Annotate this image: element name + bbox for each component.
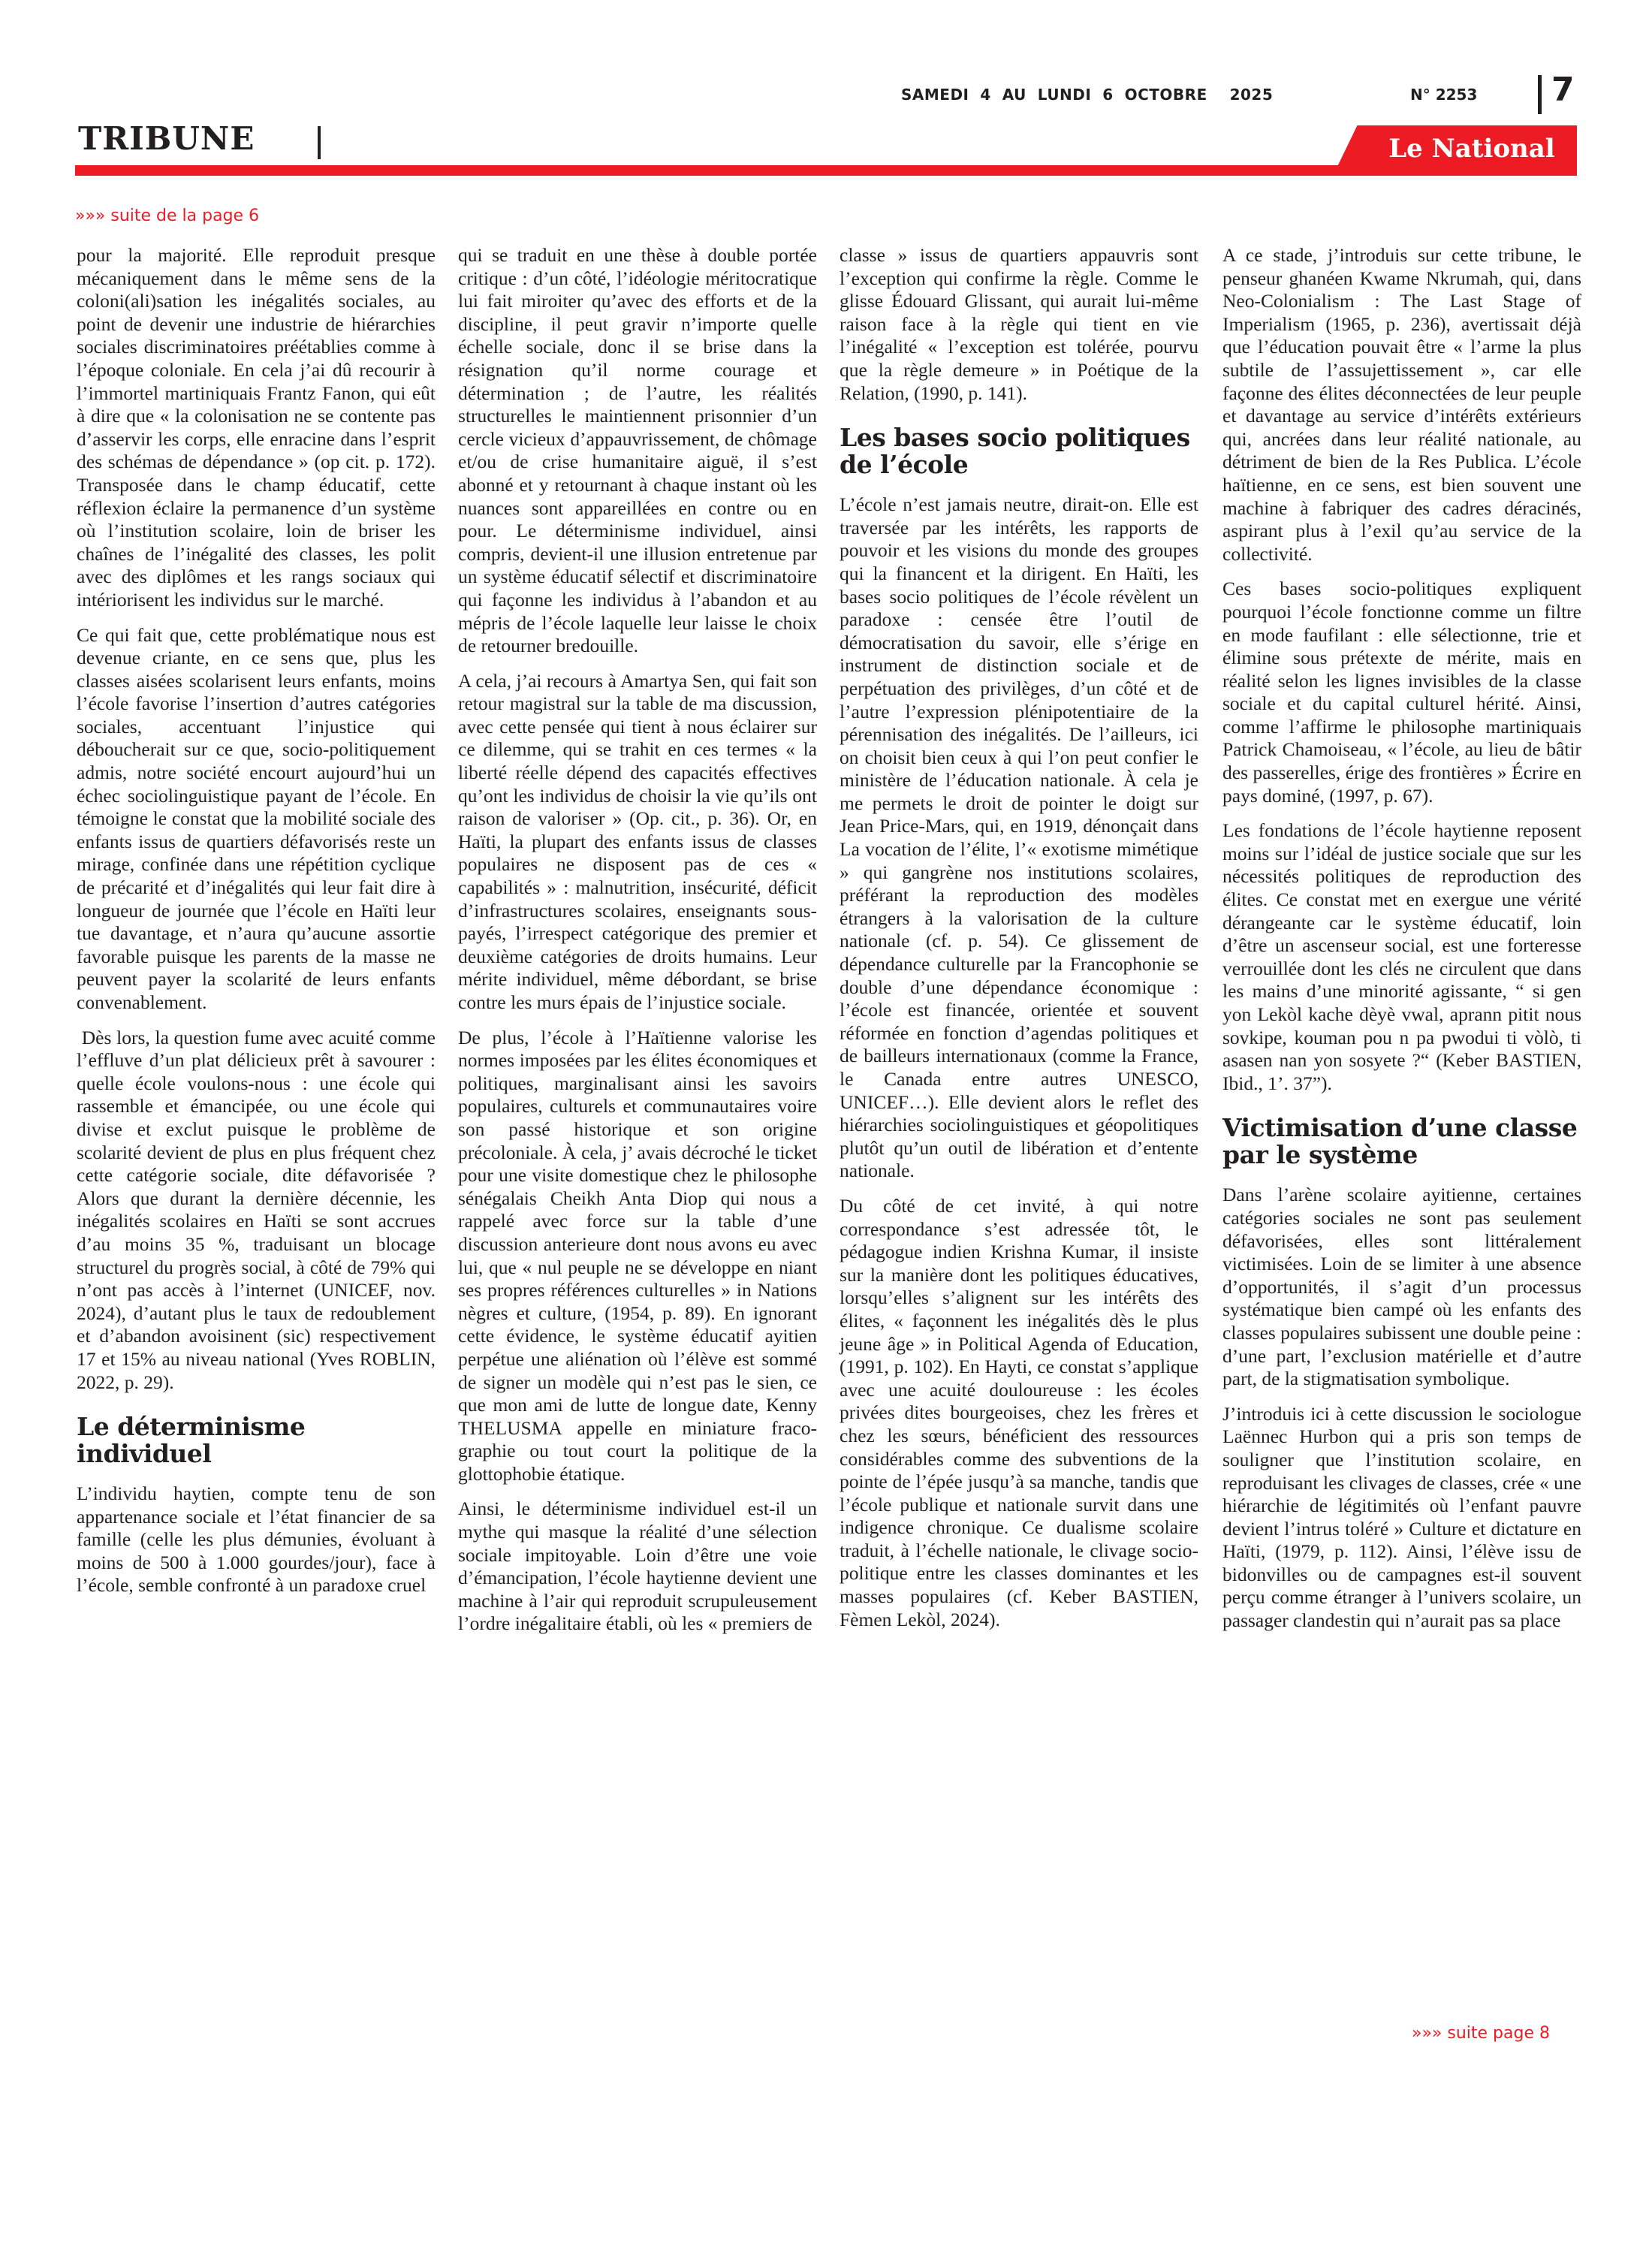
page-header-meta: SAMEDI 4 AU LUNDI 6 OCTOBRE 2025 N° 2253… bbox=[901, 75, 1577, 120]
paragraph: A cela, j’ai recours à Amartya Sen, qui … bbox=[458, 670, 817, 1015]
article-column-2: qui se traduit en une thèse à double por… bbox=[458, 244, 817, 1648]
page-number: 7 bbox=[1551, 71, 1575, 109]
dateline: SAMEDI 4 AU LUNDI 6 OCTOBRE 2025 bbox=[901, 86, 1273, 104]
section-title: TRIBUNE bbox=[78, 120, 255, 157]
paragraph: Ce qui fait que, cette problématique nou… bbox=[77, 624, 436, 1015]
paragraph: De plus, l’école à l’Haïtienne valorise … bbox=[458, 1027, 817, 1486]
subheading: Le déterminisme individuel bbox=[77, 1413, 436, 1467]
paragraph: qui se traduit en une thèse à double por… bbox=[458, 244, 817, 658]
article-column-1: pour la majorité. Elle reproduit presque… bbox=[77, 244, 436, 1609]
paragraph: J’introduis ici à cette discussion le so… bbox=[1222, 1403, 1581, 1633]
paragraph: Du côté de cet invité, à qui notre corre… bbox=[840, 1195, 1198, 1631]
continued-to-link[interactable]: »»» suite page 8 bbox=[1412, 2024, 1550, 2043]
subheading: Victimisation d’une classe par le systèm… bbox=[1222, 1114, 1581, 1169]
issue-number: N° 2253 bbox=[1410, 86, 1477, 104]
page-number-divider bbox=[1538, 75, 1542, 114]
paragraph: pour la majorité. Elle reproduit presque… bbox=[77, 244, 436, 612]
paragraph: Ainsi, le déterminisme individuel est-il… bbox=[458, 1497, 817, 1636]
continued-from-link[interactable]: »»» suite de la page 6 bbox=[75, 207, 259, 225]
paragraph: Ces bases socio-politiques expliquent po… bbox=[1222, 578, 1581, 807]
paragraph: A ce stade, j’introduis sur cette tribun… bbox=[1222, 244, 1581, 566]
paragraph: Dès lors, la question fume avec acuité c… bbox=[77, 1027, 436, 1395]
article-column-3: classe » issus de quartiers appauvris so… bbox=[840, 244, 1198, 1643]
paragraph: Les fondations de l’école haytienne repo… bbox=[1222, 819, 1581, 1095]
newspaper-logo: Le National bbox=[1374, 134, 1569, 164]
paragraph: Dans l’arène scolaire ayitienne, certain… bbox=[1222, 1184, 1581, 1390]
paragraph: L’école n’est jamais neutre, dirait-on. … bbox=[840, 493, 1198, 1183]
paragraph: L’individu haytien, compte tenu de son a… bbox=[77, 1482, 436, 1597]
paragraph: classe » issus de quartiers appauvris so… bbox=[840, 244, 1198, 405]
subheading: Les bases socio politiques de l’école bbox=[840, 424, 1198, 478]
article-column-4: A ce stade, j’introduis sur cette tribun… bbox=[1222, 244, 1581, 1645]
section-divider bbox=[318, 126, 321, 159]
